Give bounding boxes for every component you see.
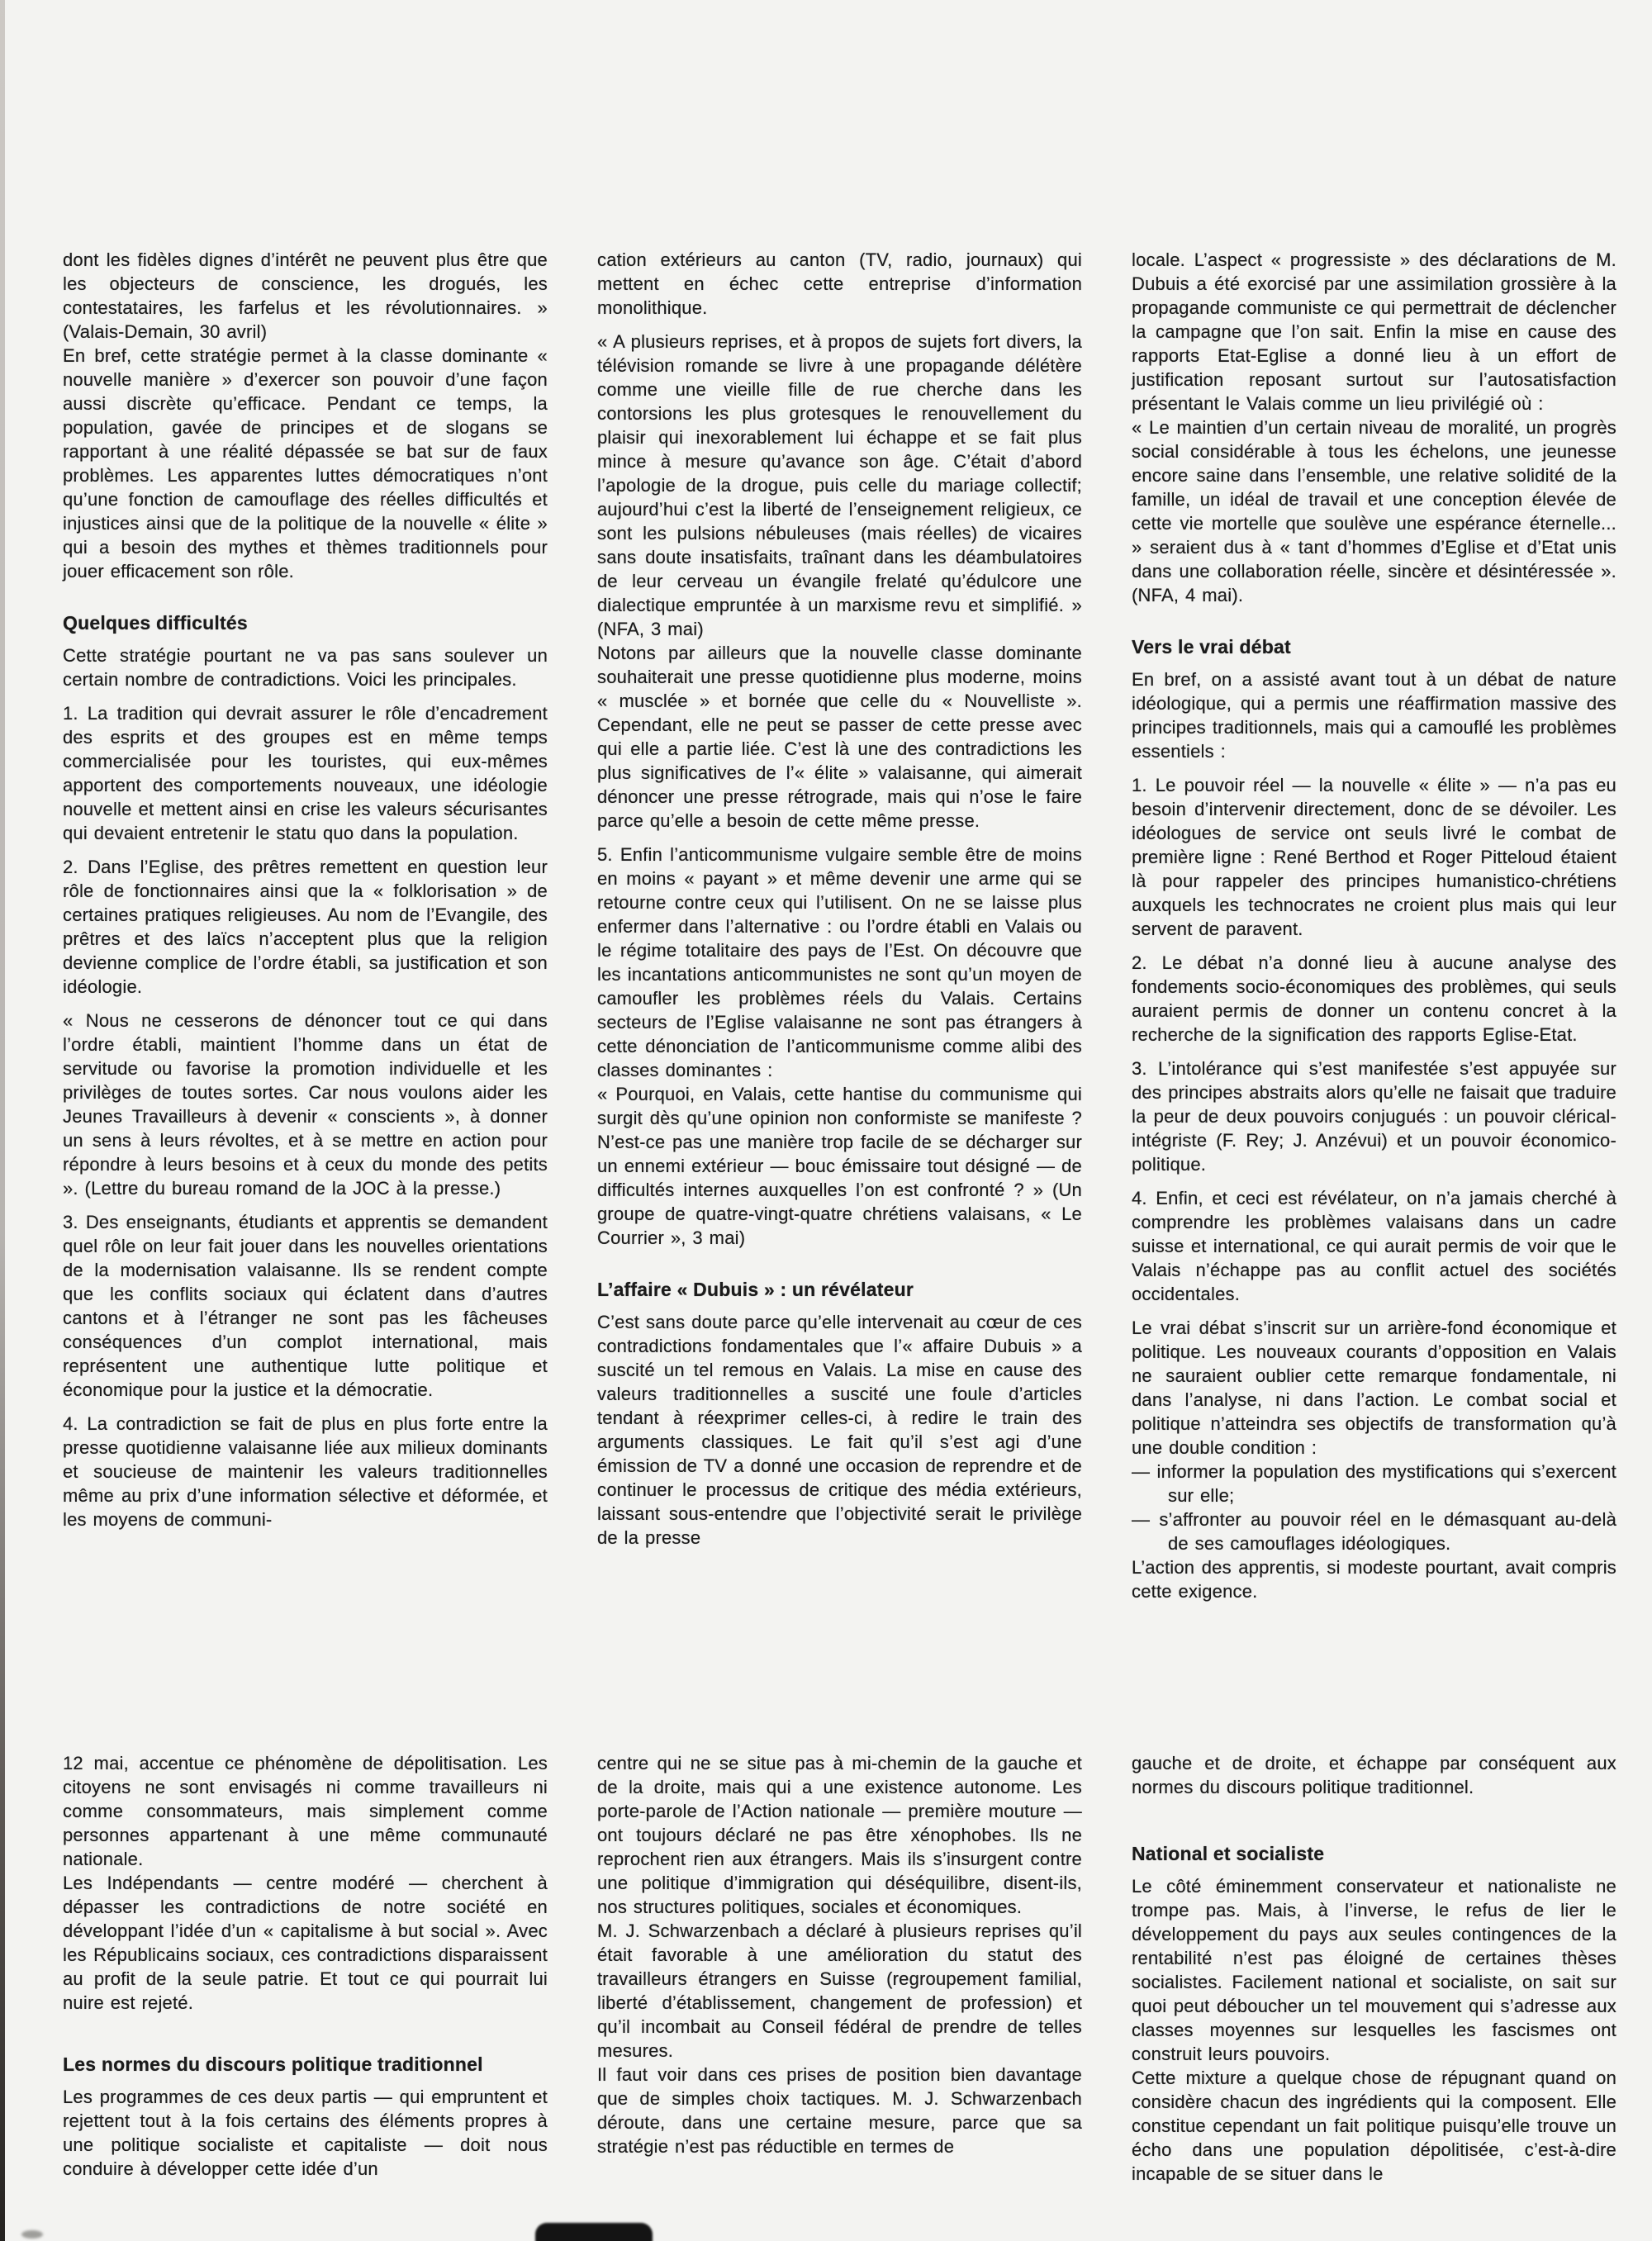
paragraph: dont les fidèles dignes d’intérêt ne peu… bbox=[63, 248, 548, 344]
section-heading: Quelques difficultés bbox=[63, 611, 548, 635]
section-bottom-column-2: centre qui ne se situe pas à mi-chemin d… bbox=[597, 1751, 1082, 2186]
paragraph: « Nous ne cesserons de dénoncer tout ce … bbox=[63, 1009, 548, 1200]
paragraph: 3. L’intolérance qui s’est manifestée s’… bbox=[1132, 1056, 1616, 1176]
paragraph: 3. Des enseignants, étudiants et apprent… bbox=[63, 1210, 548, 1402]
section-heading: L’affaire « Dubuis » : un révélateur bbox=[597, 1278, 1082, 1302]
section-top: dont les fidèles dignes d’intérêt ne peu… bbox=[63, 248, 1617, 1603]
scan-smudge-artifact bbox=[535, 2223, 653, 2241]
paragraph: Le vrai débat s’inscrit sur un arrière-f… bbox=[1132, 1316, 1616, 1460]
paragraph: 12 mai, accentue ce phénomène de dépolit… bbox=[63, 1751, 548, 1871]
paragraph: En bref, on a assisté avant tout à un dé… bbox=[1132, 667, 1616, 763]
section-top-column-3: locale. L’aspect « progressiste » des dé… bbox=[1132, 248, 1616, 1603]
paragraph: Il faut voir dans ces prises de position… bbox=[597, 2063, 1082, 2158]
section-heading: Les normes du discours politique traditi… bbox=[63, 2053, 548, 2077]
paragraph: C’est sans doute parce qu’elle intervena… bbox=[597, 1310, 1082, 1550]
paragraph: 4. La contradiction se fait de plus en p… bbox=[63, 1412, 548, 1531]
paragraph: « Pourquoi, en Valais, cette hantise du … bbox=[597, 1082, 1082, 1250]
paragraph: 1. La tradition qui devrait assurer le r… bbox=[63, 701, 548, 845]
scan-edge-artifact bbox=[0, 0, 5, 2241]
section-top-column-2: cation extérieurs au canton (TV, radio, … bbox=[597, 248, 1082, 1603]
paragraph: Cette mixture a quelque chose de répugna… bbox=[1132, 2066, 1616, 2186]
paragraph: Cette stratégie pourtant ne va pas sans … bbox=[63, 643, 548, 691]
paragraph: 2. Le débat n’a donné lieu à aucune anal… bbox=[1132, 951, 1616, 1047]
paragraph: Notons par ailleurs que la nouvelle clas… bbox=[597, 641, 1082, 833]
paragraph: Le côté éminemment conservateur et natio… bbox=[1132, 1874, 1616, 2066]
section-top-column-1: dont les fidèles dignes d’intérêt ne peu… bbox=[63, 248, 548, 1603]
paragraph: centre qui ne se situe pas à mi-chemin d… bbox=[597, 1751, 1082, 1919]
section-bottom-column-1: 12 mai, accentue ce phénomène de dépolit… bbox=[63, 1751, 548, 2186]
section-heading: National et socialiste bbox=[1132, 1842, 1616, 1866]
paragraph: « Le maintien d’un certain niveau de mor… bbox=[1132, 415, 1616, 607]
paragraph: En bref, cette stratégie permet à la cla… bbox=[63, 344, 548, 583]
paragraph: 5. Enfin l’anticommunisme vulgaire sembl… bbox=[597, 843, 1082, 1082]
paragraph: locale. L’aspect « progressiste » des dé… bbox=[1132, 248, 1616, 415]
paragraph: 2. Dans l’Eglise, des prêtres remettent … bbox=[63, 855, 548, 999]
paragraph: — s’affronter au pouvoir réel en le déma… bbox=[1132, 1507, 1616, 1555]
paragraph: « A plusieurs reprises, et à propos de s… bbox=[597, 330, 1082, 641]
section-bottom-column-3: gauche et de droite, et échappe par cons… bbox=[1132, 1751, 1616, 2186]
paragraph: — informer la population des mystificati… bbox=[1132, 1460, 1616, 1507]
scan-speck-artifact bbox=[21, 2230, 43, 2239]
paragraph: M. J. Schwarzenbach a déclaré à plusieur… bbox=[597, 1919, 1082, 2063]
paragraph: gauche et de droite, et échappe par cons… bbox=[1132, 1751, 1616, 1799]
section-bottom: 12 mai, accentue ce phénomène de dépolit… bbox=[63, 1751, 1617, 2186]
paragraph: cation extérieurs au canton (TV, radio, … bbox=[597, 248, 1082, 320]
paragraph: Les programmes de ces deux partis — qui … bbox=[63, 2085, 548, 2181]
paragraph: L’action des apprentis, si modeste pourt… bbox=[1132, 1555, 1616, 1603]
paragraph: Les Indépendants — centre modéré — cherc… bbox=[63, 1871, 548, 2015]
section-heading: Vers le vrai débat bbox=[1132, 635, 1616, 659]
paragraph: 4. Enfin, et ceci est révélateur, on n’a… bbox=[1132, 1186, 1616, 1306]
paragraph: 1. Le pouvoir réel — la nouvelle « élite… bbox=[1132, 773, 1616, 941]
newspaper-page: dont les fidèles dignes d’intérêt ne peu… bbox=[0, 0, 1652, 2241]
